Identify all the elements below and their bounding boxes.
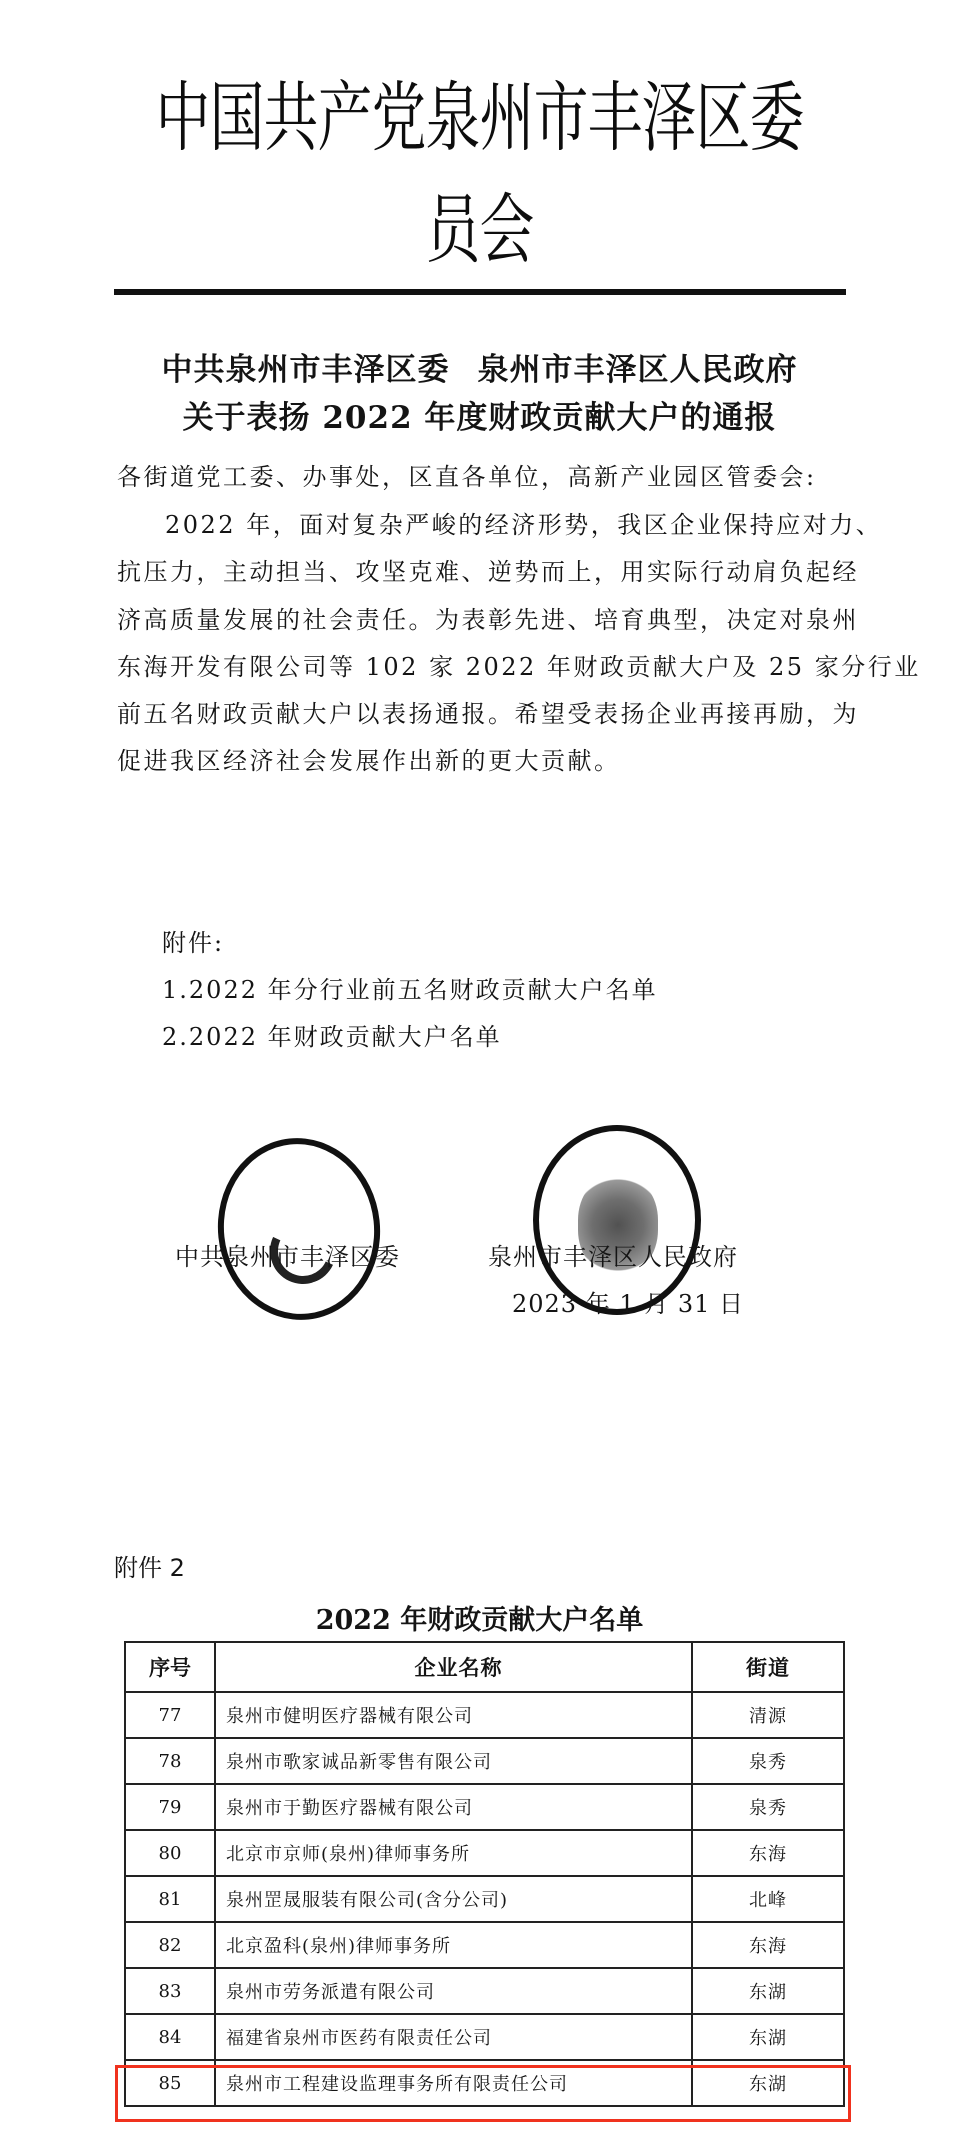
attachment-item: 1.2022 年分行业前五名财政贡献大户名单: [162, 975, 658, 1005]
table-row: 81 泉州罡晟服装有限公司(含分公司) 北峰: [125, 1876, 844, 1922]
table-title: 2022 年财政贡献大户名单: [0, 1604, 959, 1638]
company-name: 福建省泉州市医药有限责任公司: [215, 2014, 692, 2060]
body-line: 济高质量发展的社会责任。为表彰先进、培育典型，决定对泉州: [117, 605, 859, 635]
table-row: 84 福建省泉州市医药有限责任公司 东湖: [125, 2014, 844, 2060]
street-name: 北峰: [692, 1876, 844, 1922]
street-name: 泉秀: [692, 1784, 844, 1830]
table-row: 77 泉州市健明医疗器械有限公司 清源: [125, 1692, 844, 1738]
notice-title-line1: 中共泉州市丰泽区委泉州市丰泽区人民政府: [0, 350, 959, 390]
attachments-label: 附件:: [162, 928, 224, 958]
body-line: 促进我区经济社会发展作出新的更大贡献。: [117, 746, 621, 776]
company-name: 北京市京师(泉州)律师事务所: [215, 1830, 692, 1876]
table-row: 79 泉州市于勤医疗器械有限公司 泉秀: [125, 1784, 844, 1830]
row-number: 83: [125, 1968, 215, 2014]
table-row: 78 泉州市歌家诚品新零售有限公司 泉秀: [125, 1738, 844, 1784]
company-name: 北京盈科(泉州)律师事务所: [215, 1922, 692, 1968]
body-line: 前五名财政贡献大户以表扬通报。希望受表扬企业再接再励，为: [117, 699, 859, 729]
company-name: 泉州市歌家诚品新零售有限公司: [215, 1738, 692, 1784]
body-line: 2022 年，面对复杂严峻的经济形势，我区企业保持应对力、: [165, 510, 882, 540]
row-number: 78: [125, 1738, 215, 1784]
street-name: 东湖: [692, 2014, 844, 2060]
column-header-number: 序号: [125, 1642, 215, 1692]
row-number: 77: [125, 1692, 215, 1738]
table-row: 83 泉州市劳务派遣有限公司 东湖: [125, 1968, 844, 2014]
column-header-street: 街道: [692, 1642, 844, 1692]
company-name: 泉州罡晟服装有限公司(含分公司): [215, 1876, 692, 1922]
company-name: 泉州市于勤医疗器械有限公司: [215, 1784, 692, 1830]
row-number: 79: [125, 1784, 215, 1830]
attachment-item: 2.2022 年财政贡献大户名单: [162, 1022, 502, 1052]
masthead-title: 中国共产党泉州市丰泽区委员会: [134, 62, 824, 174]
issuer-government: 泉州市丰泽区人民政府: [478, 352, 798, 388]
row-number: 81: [125, 1876, 215, 1922]
street-name: 东湖: [692, 1968, 844, 2014]
notice-title-line2: 关于表扬 2022 年度财政贡献大户的通报: [0, 398, 959, 438]
body-line: 抗压力，主动担当、攻坚克难、逆势而上，用实际行动肩负起经: [117, 557, 859, 587]
annex-label: 附件 2: [114, 1553, 185, 1583]
street-name: 清源: [692, 1692, 844, 1738]
issue-date: 2023 年 1 月 31 日: [512, 1289, 744, 1319]
company-name: 泉州市健明医疗器械有限公司: [215, 1692, 692, 1738]
body-line: 东海开发有限公司等 102 家 2022 年财政贡献大户及 25 家分行业: [117, 652, 921, 682]
column-header-company: 企业名称: [215, 1642, 692, 1692]
row-number: 80: [125, 1830, 215, 1876]
table-header-row: 序号 企业名称 街道: [125, 1642, 844, 1692]
signature-government: 泉州市丰泽区人民政府: [488, 1242, 738, 1272]
salutation: 各街道党工委、办事处，区直各单位，高新产业园区管委会:: [117, 462, 817, 492]
row-number: 82: [125, 1922, 215, 1968]
street-name: 东海: [692, 1830, 844, 1876]
row-highlight-box: [115, 2065, 851, 2122]
table-row: 80 北京市京师(泉州)律师事务所 东海: [125, 1830, 844, 1876]
company-name: 泉州市劳务派遣有限公司: [215, 1968, 692, 2014]
issuer-party: 中共泉州市丰泽区委: [162, 352, 450, 388]
row-number: 84: [125, 2014, 215, 2060]
contributors-table: 序号 企业名称 街道 77 泉州市健明医疗器械有限公司 清源 78 泉州市歌家诚…: [124, 1641, 845, 2107]
street-name: 泉秀: [692, 1738, 844, 1784]
table-row: 82 北京盈科(泉州)律师事务所 东海: [125, 1922, 844, 1968]
street-name: 东海: [692, 1922, 844, 1968]
signature-party: 中共泉州市丰泽区委: [175, 1242, 400, 1272]
masthead-rule: [114, 289, 846, 295]
